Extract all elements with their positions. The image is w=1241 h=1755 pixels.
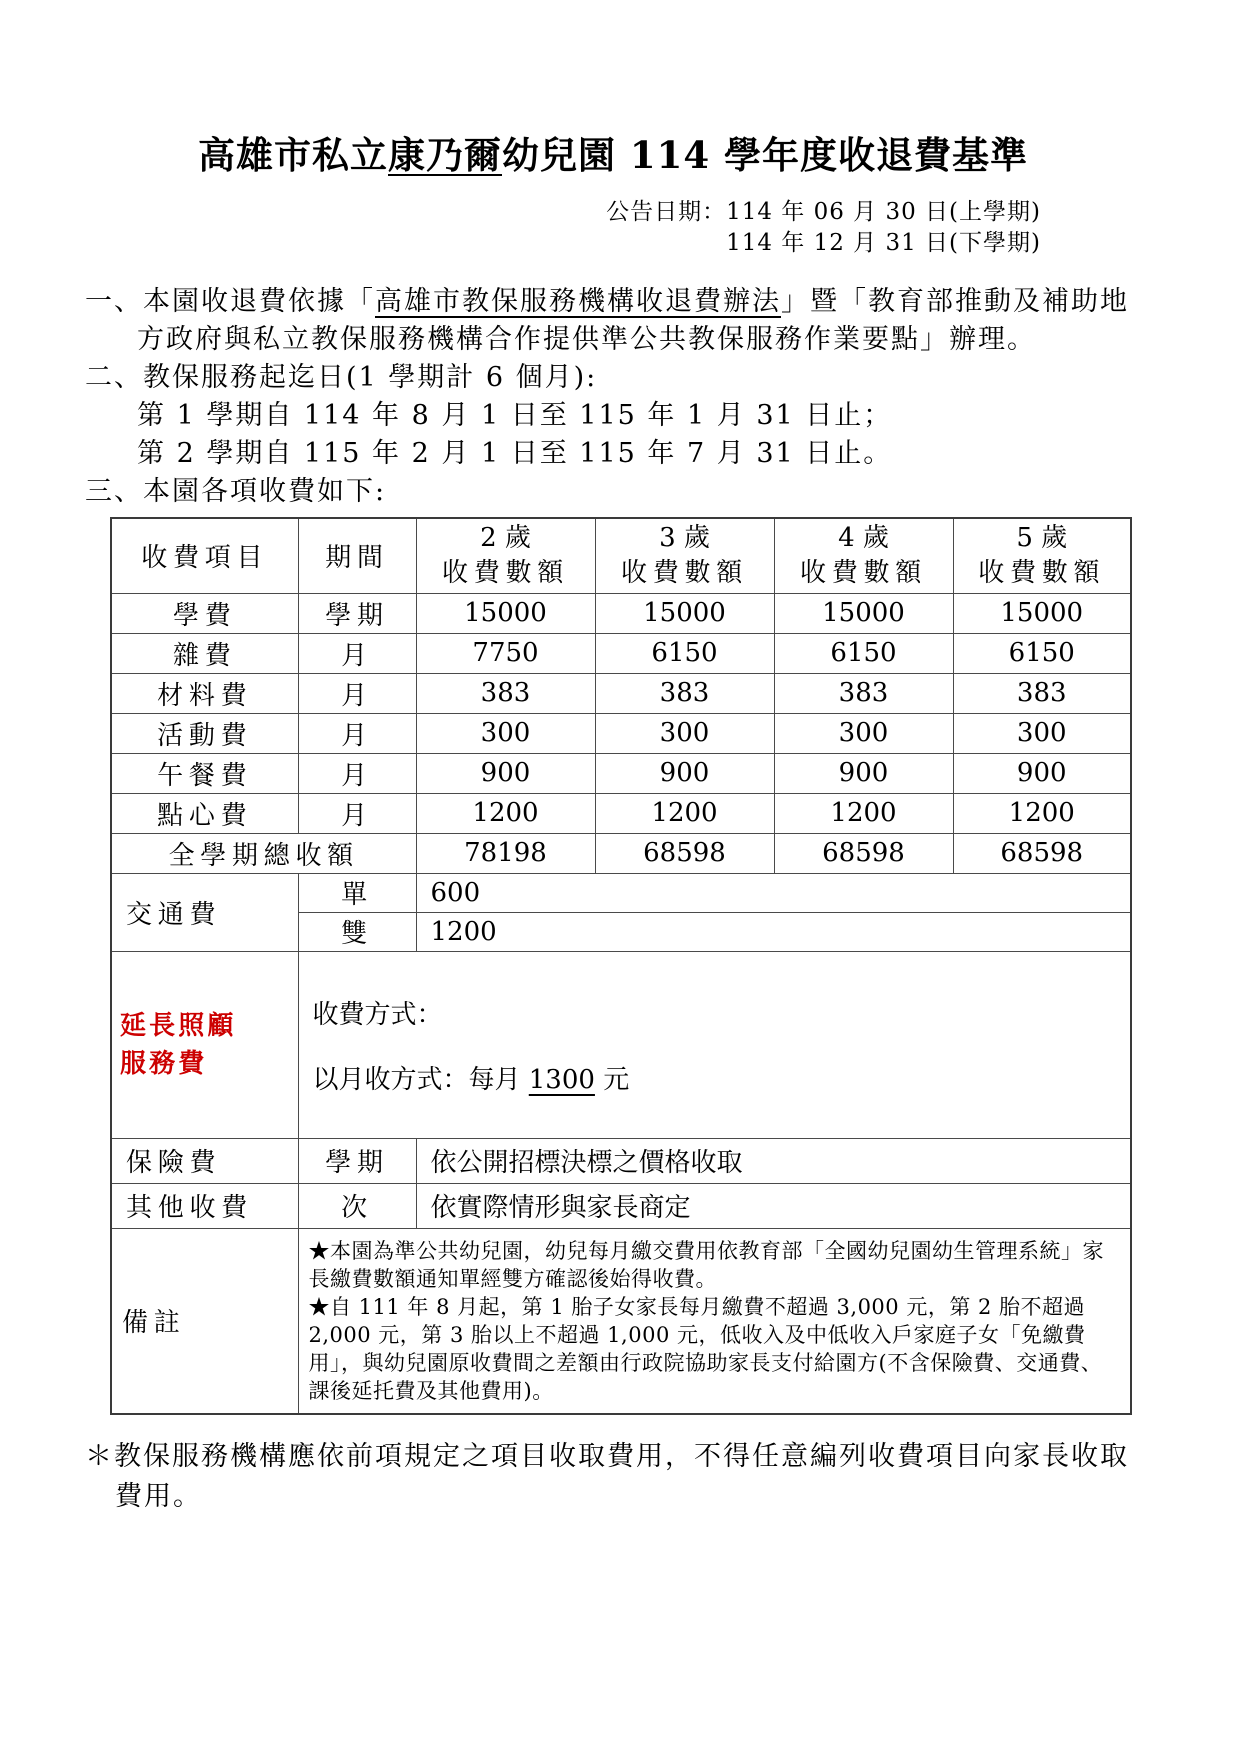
fee-item-label: 雜費 [111, 633, 298, 673]
insurance-period: 學期 [298, 1138, 416, 1183]
fee-table: 收費項目 期間 2 歲 收費數額 3 歲 收費數額 4 歲 收費數額 5 歲 收… [110, 517, 1132, 1415]
header-period: 期間 [298, 518, 416, 593]
clause-1-marker: 一、 [85, 286, 143, 317]
fee-value-age4: 1200 [774, 793, 953, 833]
fee-table-header-row: 收費項目 期間 2 歲 收費數額 3 歲 收費數額 4 歲 收費數額 5 歲 收… [111, 518, 1131, 593]
extended-care-method-heading: 收費方式： [313, 994, 1131, 1031]
total-value-age2: 78198 [416, 833, 595, 873]
fee-item-label: 學費 [111, 593, 298, 633]
header-age-2: 2 歲 收費數額 [416, 518, 595, 593]
total-value-age4: 68598 [774, 833, 953, 873]
clause-1-line-1: 一、本園收退費依據「高雄市教保服務機構收退費辦法」暨「教育部推動及補助地 [85, 283, 1141, 321]
semester-total-row: 全學期總收額 78198 68598 68598 68598 [111, 833, 1131, 873]
fee-value-age3: 6150 [595, 633, 774, 673]
fee-period: 月 [298, 793, 416, 833]
document-page: 高雄市私立康乃爾幼兒園 114 學年度收退費基準 公告日期：114 年 06 月… [0, 0, 1241, 1517]
header-age-3-age: 3 歲 [596, 521, 774, 556]
clause-1-text-b: 」暨「教育部推動及補助地 [781, 286, 1129, 317]
title-suffix: 幼兒園 114 學年度收退費基準 [502, 133, 1028, 177]
fee-value-age4: 900 [774, 753, 953, 793]
footer-note-text: 教保服務機構應依前項規定之項目收取費用，不得任意編列收費項目向家長收取 [114, 1441, 1129, 1472]
clause-3: 三、本園各項收費如下: [85, 473, 1141, 511]
semester-total-label: 全學期總收額 [111, 833, 416, 873]
clause-3-marker: 三、 [85, 476, 143, 507]
fee-period: 月 [298, 673, 416, 713]
extended-care-label-line2: 服務費 [120, 1045, 298, 1083]
announcement-dates: 公告日期：114 年 06 月 30 日(上學期) 114 年 12 月 31 … [85, 197, 1041, 259]
fee-value-age5: 300 [953, 713, 1131, 753]
header-age-3-label: 收費數額 [596, 556, 774, 591]
fee-value-age5: 15000 [953, 593, 1131, 633]
clause-1-underlined-regulation: 高雄市教保服務機構收退費辦法 [375, 286, 781, 317]
header-age-3: 3 歲 收費數額 [595, 518, 774, 593]
footer-note: ＊教保服務機構應依前項規定之項目收取費用，不得任意編列收費項目向家長收取 費用。 [85, 1437, 1141, 1517]
fee-value-age2: 900 [416, 753, 595, 793]
fee-period: 月 [298, 753, 416, 793]
clause-2-marker: 二、 [85, 362, 143, 393]
insurance-row: 保險費 學期 依公開招標決標之價格收取 [111, 1138, 1131, 1183]
total-value-age5: 68598 [953, 833, 1131, 873]
extended-care-monthly-fee: 以月收方式：每月 1300 元 [313, 1059, 1131, 1096]
header-age-2-age: 2 歲 [417, 521, 595, 556]
title-prefix: 高雄市私立 [198, 133, 388, 177]
clause-3-heading: 三、本園各項收費如下: [85, 473, 1141, 511]
fee-value-age4: 15000 [774, 593, 953, 633]
clause-1-text-a: 本園收退費依據「 [143, 286, 375, 317]
fee-value-age3: 15000 [595, 593, 774, 633]
extended-care-fee-suffix: 元 [595, 1065, 629, 1095]
extended-care-fee-amount: 1300 [529, 1065, 595, 1095]
insurance-value: 依公開招標決標之價格收取 [416, 1138, 1131, 1183]
fee-row-snacks: 點心費 月 1200 1200 1200 1200 [111, 793, 1131, 833]
fee-item-label: 活動費 [111, 713, 298, 753]
page-title: 高雄市私立康乃爾幼兒園 114 學年度收退費基準 [85, 125, 1141, 179]
other-fees-label: 其他收費 [111, 1183, 298, 1228]
fee-value-age2: 7750 [416, 633, 595, 673]
fee-value-age2: 15000 [416, 593, 595, 633]
fee-value-age2: 1200 [416, 793, 595, 833]
clause-2-heading-text: 教保服務起迄日(1 學期計 6 個月): [143, 362, 597, 393]
fee-value-age4: 300 [774, 713, 953, 753]
other-fees-value: 依實際情形與家長商定 [416, 1183, 1131, 1228]
extended-care-label-line1: 延長照顧 [120, 1007, 298, 1045]
fee-value-age3: 383 [595, 673, 774, 713]
header-age-5-label: 收費數額 [954, 556, 1131, 591]
announcement-line-1: 公告日期：114 年 06 月 30 日(上學期) [85, 197, 1041, 228]
extended-care-fee-prefix: 以月收方式：每月 [313, 1065, 529, 1095]
fee-value-age5: 6150 [953, 633, 1131, 673]
clause-2: 二、教保服務起迄日(1 學期計 6 個月): 第 1 學期自 114 年 8 月… [85, 359, 1141, 473]
fee-value-age5: 1200 [953, 793, 1131, 833]
extended-care-row: 延長照顧 服務費 收費方式： 以月收方式：每月 1300 元 [111, 951, 1131, 1138]
fee-item-label: 點心費 [111, 793, 298, 833]
footer-note-line-1: ＊教保服務機構應依前項規定之項目收取費用，不得任意編列收費項目向家長收取 [85, 1437, 1141, 1477]
remarks-row: 備註 ★本園為準公共幼兒園，幼兒每月繳交費用依教育部「全國幼兒園幼生管理系統」家… [111, 1228, 1131, 1414]
fee-period: 月 [298, 633, 416, 673]
fee-item-label: 材料費 [111, 673, 298, 713]
fee-row-tuition: 學費 學期 15000 15000 15000 15000 [111, 593, 1131, 633]
fee-period: 月 [298, 713, 416, 753]
other-fees-period: 次 [298, 1183, 416, 1228]
remarks-note-1: ★本園為準公共幼兒園，幼兒每月繳交費用依教育部「全國幼兒園幼生管理系統」家長繳費… [309, 1237, 1121, 1293]
fee-row-materials: 材料費 月 383 383 383 383 [111, 673, 1131, 713]
transport-single-value: 600 [416, 873, 1131, 912]
fee-row-misc: 雜費 月 7750 6150 6150 6150 [111, 633, 1131, 673]
fee-value-age2: 383 [416, 673, 595, 713]
extended-care-label: 延長照顧 服務費 [111, 951, 298, 1138]
header-age-4: 4 歲 收費數額 [774, 518, 953, 593]
footer-note-marker: ＊ [85, 1441, 114, 1472]
transport-label: 交通費 [111, 873, 298, 951]
insurance-label: 保險費 [111, 1138, 298, 1183]
remarks-label: 備註 [111, 1228, 298, 1414]
title-school-name-underlined: 康乃爾 [388, 133, 502, 177]
clause-1-line-2: 方政府與私立教保服務機構合作提供準公共教保服務作業要點」辦理。 [85, 321, 1141, 359]
fee-value-age5: 900 [953, 753, 1131, 793]
transport-double-label: 雙 [298, 912, 416, 951]
extended-care-content: 收費方式： 以月收方式：每月 1300 元 [298, 951, 1131, 1138]
other-fees-row: 其他收費 次 依實際情形與家長商定 [111, 1183, 1131, 1228]
header-age-5-age: 5 歲 [954, 521, 1131, 556]
header-fee-item: 收費項目 [111, 518, 298, 593]
header-age-4-age: 4 歲 [775, 521, 953, 556]
clause-2-semester-2: 第 2 學期自 115 年 2 月 1 日至 115 年 7 月 31 日止。 [85, 435, 1141, 473]
fee-value-age3: 900 [595, 753, 774, 793]
fee-value-age4: 6150 [774, 633, 953, 673]
header-age-4-label: 收費數額 [775, 556, 953, 591]
header-age-2-label: 收費數額 [417, 556, 595, 591]
clause-2-heading: 二、教保服務起迄日(1 學期計 6 個月): [85, 359, 1141, 397]
transport-double-value: 1200 [416, 912, 1131, 951]
fee-period: 學期 [298, 593, 416, 633]
footer-note-line-2: 費用。 [85, 1477, 1141, 1517]
clause-2-semester-1: 第 1 學期自 114 年 8 月 1 日至 115 年 1 月 31 日止； [85, 397, 1141, 435]
remarks-content: ★本園為準公共幼兒園，幼兒每月繳交費用依教育部「全國幼兒園幼生管理系統」家長繳費… [298, 1228, 1131, 1414]
clause-1: 一、本園收退費依據「高雄市教保服務機構收退費辦法」暨「教育部推動及補助地 方政府… [85, 283, 1141, 359]
total-value-age3: 68598 [595, 833, 774, 873]
fee-value-age3: 300 [595, 713, 774, 753]
fee-row-activities: 活動費 月 300 300 300 300 [111, 713, 1131, 753]
fee-value-age2: 300 [416, 713, 595, 753]
fee-row-lunch: 午餐費 月 900 900 900 900 [111, 753, 1131, 793]
fee-value-age4: 383 [774, 673, 953, 713]
fee-value-age5: 383 [953, 673, 1131, 713]
transport-row-single: 交通費 單 600 [111, 873, 1131, 912]
clause-3-heading-text: 本園各項收費如下: [143, 476, 386, 507]
fee-item-label: 午餐費 [111, 753, 298, 793]
fee-value-age3: 1200 [595, 793, 774, 833]
announcement-line-2: 114 年 12 月 31 日(下學期) [85, 228, 1041, 259]
remarks-note-2: ★自 111 年 8 月起，第 1 胎子女家長每月繳費不超過 3,000 元，第… [309, 1293, 1121, 1405]
header-age-5: 5 歲 收費數額 [953, 518, 1131, 593]
transport-single-label: 單 [298, 873, 416, 912]
